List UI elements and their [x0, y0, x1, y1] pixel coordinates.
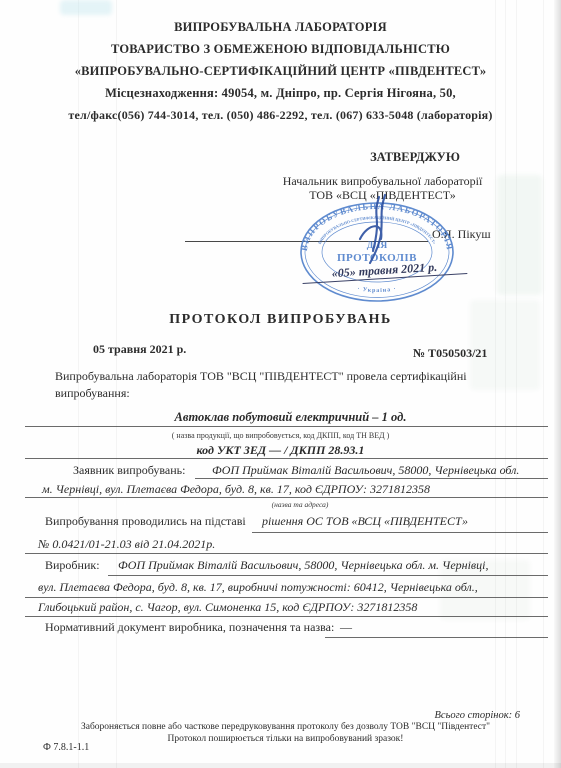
- letterhead-center-name: «ВИПРОБУВАЛЬНО-СЕРТИФІКАЦІЙНИЙ ЦЕНТР «ПІ…: [20, 64, 541, 79]
- normative-label: Нормативний документ виробника, позначен…: [45, 620, 334, 635]
- letterhead-address: Місцезнаходження: 49054, м. Дніпро, пр. …: [30, 86, 531, 101]
- applicant-label: Заявник випробувань:: [73, 463, 185, 478]
- manufacturer-value-line1: ФОП Приймак Віталій Васильович, 58000, Ч…: [118, 558, 488, 573]
- footer-restriction-line1: Забороняється повне або часткове передру…: [30, 722, 541, 732]
- letterhead-lab-name: ВИПРОБУВАЛЬНА ЛАБОРАТОРІЯ: [30, 20, 531, 35]
- pen-signature: [332, 193, 422, 271]
- protocol-title: ПРОТОКОЛ ВИПРОБУВАНЬ: [0, 312, 561, 328]
- product-note: ( назва продукції, що випробовується, ко…: [0, 431, 561, 440]
- approver-position-line1: Начальник випробувальної лабораторії: [250, 174, 515, 189]
- field-rule: [25, 497, 548, 498]
- scan-smudge: [60, 0, 112, 15]
- svg-text:· Україна ·: · Україна ·: [357, 286, 397, 294]
- field-rule: [25, 616, 548, 617]
- page-edge-shadow: [0, 763, 561, 768]
- manufacturer-value-line2: вул. Плетаєва Федора, буд. 8, кв. 17, ви…: [38, 580, 478, 595]
- field-rule: [195, 478, 548, 479]
- intro-line2: випробування:: [55, 386, 130, 401]
- page-edge-shadow: [554, 0, 561, 768]
- product-code: код УКТ ЗЕД — / ДКПП 28.93.1: [0, 443, 561, 458]
- form-code: Ф 7.8.1-1.1: [43, 742, 89, 753]
- footer-restriction-line2: Протокол поширюється тільки на випробову…: [30, 734, 541, 744]
- product-name: Автоклав побутовий електричний – 1 од.: [40, 410, 541, 425]
- field-rule: [252, 532, 548, 533]
- intro-line1: Випробувальна лабораторія ТОВ "ВСЦ "ПІВД…: [55, 369, 467, 384]
- basis-value-line2: № 0.0421/01-21.03 від 21.04.2021р.: [38, 537, 215, 552]
- total-pages: Всього сторінок: 6: [350, 710, 520, 721]
- manufacturer-label: Виробник:: [45, 558, 100, 573]
- stamp-ring-bottom-text: · Україна ·: [357, 286, 397, 294]
- basis-label: Випробування проводились на підставі: [45, 514, 246, 529]
- field-rule: [25, 458, 548, 459]
- letterhead-company-type: ТОВАРИСТВО З ОБМЕЖЕНОЮ ВІДПОВІДАЛЬНІСТЮ: [30, 42, 531, 57]
- field-rule: [108, 575, 548, 576]
- applicant-value-line1: ФОП Приймак Віталій Васильович, 58000, Ч…: [212, 463, 519, 478]
- approval-title: ЗАТВЕРДЖУЮ: [355, 150, 475, 165]
- protocol-number: № Т050503/21: [413, 346, 487, 361]
- document-page: ВИПРОБУВАЛЬНА ЛАБОРАТОРІЯ ТОВАРИСТВО З О…: [0, 0, 561, 768]
- field-rule: [25, 553, 548, 554]
- address-note: (назва та адреса): [180, 500, 420, 509]
- field-rule: [25, 426, 548, 427]
- manufacturer-value-line3: Глибоцький район, с. Чагор, вул. Симонен…: [38, 600, 417, 615]
- protocol-date: 05 травня 2021 р.: [93, 342, 186, 357]
- normative-value: —: [340, 620, 352, 635]
- letterhead-phones: тел/факс(056) 744-3014, тел. (050) 486-2…: [15, 108, 546, 123]
- applicant-value-line2: м. Чернівці, вул. Плетаєва Федора, буд. …: [42, 482, 430, 497]
- field-rule: [325, 637, 548, 638]
- field-rule: [25, 597, 548, 598]
- basis-value: рішення ОС ТОВ «ВСЦ «ПІВДЕНТЕСТ»: [262, 514, 468, 529]
